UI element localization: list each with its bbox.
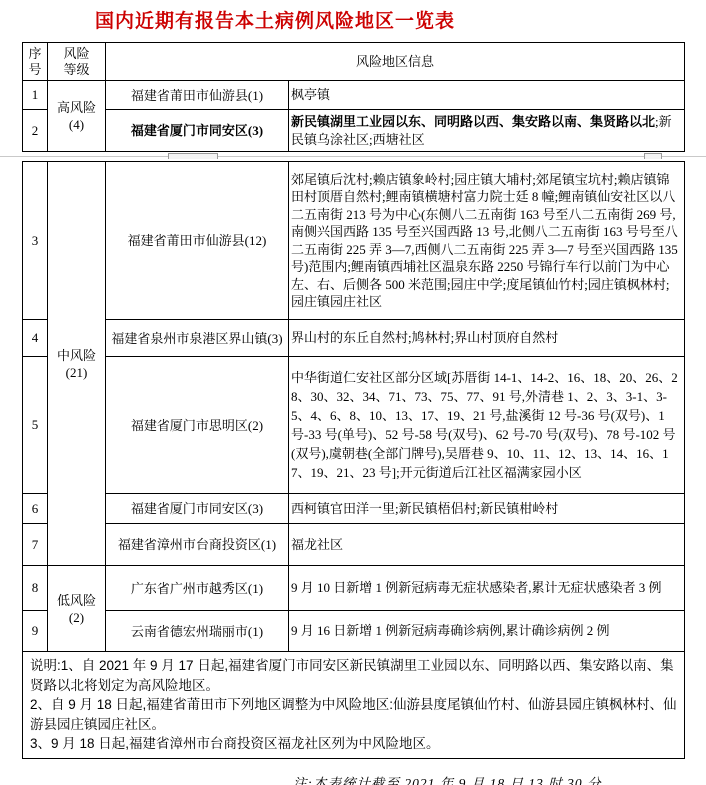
note-line-2: 2、自 9 月 18 日起,福建省莆田市下列地区调整为中风险地区:仙游县度尾镇仙… [30, 695, 677, 734]
row-3-region: 福建省莆田市仙游县(12) [106, 162, 289, 320]
table-header-row: 序 号 风险 等级 风险地区信息 [23, 43, 685, 81]
row-1-serial: 1 [23, 81, 48, 110]
risk-table-bottom: 3 中风险 (21) 福建省莆田市仙游县(12) 郊尾镇后沈村;赖店镇象岭村;园… [22, 161, 685, 759]
page-title: 国内近期有报告本土病例风险地区一览表 [95, 6, 706, 33]
row-1-detail: 枫亭镇 [289, 81, 685, 110]
row-7-region: 福建省漳州市台商投资区(1) [106, 524, 289, 566]
risk-group-high: 高风险 (4) [48, 81, 106, 152]
row-6-serial: 6 [23, 494, 48, 524]
row-3-detail: 郊尾镇后沈村;赖店镇象岭村;园庄镇大埔村;郊尾镇宝坑村;赖店镇锦田村顶厝自然村;… [289, 162, 685, 320]
risk-group-low: 低风险 (2) [48, 566, 106, 652]
notes-cell: 说明:1、自 2021 年 9 月 17 日起,福建省厦门市同安区新民镇湖里工业… [23, 652, 685, 759]
row-4-region: 福建省泉州市泉港区界山镇(3) [106, 320, 289, 357]
table-row: 4 福建省泉州市泉港区界山镇(3) 界山村的东丘自然村;鸠林村;界山村顶府自然村 [23, 320, 685, 357]
risk-table-top: 序 号 风险 等级 风险地区信息 1 高风险 (4) 福建省莆田市仙游县(1) … [22, 42, 685, 152]
row-1-region: 福建省莆田市仙游县(1) [106, 81, 289, 110]
row-7-detail: 福龙社区 [289, 524, 685, 566]
row-9-detail: 9 月 16 日新增 1 例新冠病毒确诊病例,累计确诊病例 2 例 [289, 611, 685, 652]
row-2-region: 福建省厦门市同安区(3) [106, 110, 289, 152]
row-9-serial: 9 [23, 611, 48, 652]
table-row: 7 福建省漳州市台商投资区(1) 福龙社区 [23, 524, 685, 566]
row-5-detail: 中华街道仁安社区部分区域[苏厝街 14-1、14-2、16、18、20、26、2… [289, 357, 685, 494]
row-3-serial: 3 [23, 162, 48, 320]
note-line-1: 说明:1、自 2021 年 9 月 17 日起,福建省厦门市同安区新民镇湖里工业… [30, 656, 677, 695]
table-resize-handle [644, 153, 662, 159]
col-header-serial: 序 号 [23, 43, 48, 81]
row-8-serial: 8 [23, 566, 48, 611]
table-row: 9 云南省德宏州瑞丽市(1) 9 月 16 日新增 1 例新冠病毒确诊病例,累计… [23, 611, 685, 652]
risk-group-medium: 中风险 (21) [48, 162, 106, 566]
stats-cutoff-note: 注:本表统计截至 2021 年 9 月 18 日 13 时 30 分 [293, 772, 706, 785]
table-row: 3 中风险 (21) 福建省莆田市仙游县(12) 郊尾镇后沈村;赖店镇象岭村;园… [23, 162, 685, 320]
row-5-serial: 5 [23, 357, 48, 494]
col-header-risk-level: 风险 等级 [48, 43, 106, 81]
row-2-serial: 2 [23, 110, 48, 152]
row-6-region: 福建省厦门市同安区(3) [106, 494, 289, 524]
document-page: 国内近期有报告本土病例风险地区一览表 序 号 风险 等级 风险地区信息 1 高风… [0, 6, 706, 785]
page-break-line [0, 156, 706, 157]
row-6-detail: 西柯镇官田洋一里;新民镇梧侣村;新民镇柑岭村 [289, 494, 685, 524]
row-2-detail-bold: 新民镇湖里工业园以东、同明路以西、集安路以南、集贤路以北 [291, 114, 655, 129]
row-8-detail: 9 月 10 日新增 1 例新冠病毒无症状感染者,累计无症状感染者 3 例 [289, 566, 685, 611]
table-row: 6 福建省厦门市同安区(3) 西柯镇官田洋一里;新民镇梧侣村;新民镇柑岭村 [23, 494, 685, 524]
row-5-region: 福建省厦门市思明区(2) [106, 357, 289, 494]
row-2-detail: 新民镇湖里工业园以东、同明路以西、集安路以南、集贤路以北;新民镇乌涂社区;西塘社… [289, 110, 685, 152]
notes-row: 说明:1、自 2021 年 9 月 17 日起,福建省厦门市同安区新民镇湖里工业… [23, 652, 685, 759]
row-9-region: 云南省德宏州瑞丽市(1) [106, 611, 289, 652]
table-split-gap [0, 152, 706, 161]
row-4-detail: 界山村的东丘自然村;鸠林村;界山村顶府自然村 [289, 320, 685, 357]
row-7-serial: 7 [23, 524, 48, 566]
table-resize-handle [168, 153, 218, 159]
note-line-3: 3、9 月 18 日起,福建省漳州市台商投资区福龙社区列为中风险地区。 [30, 734, 677, 754]
table-row: 1 高风险 (4) 福建省莆田市仙游县(1) 枫亭镇 [23, 81, 685, 110]
col-header-risk-info: 风险地区信息 [106, 43, 685, 81]
row-4-serial: 4 [23, 320, 48, 357]
table-row: 5 福建省厦门市思明区(2) 中华街道仁安社区部分区域[苏厝街 14-1、14-… [23, 357, 685, 494]
table-row: 2 福建省厦门市同安区(3) 新民镇湖里工业园以东、同明路以西、集安路以南、集贤… [23, 110, 685, 152]
row-8-region: 广东省广州市越秀区(1) [106, 566, 289, 611]
table-row: 8 低风险 (2) 广东省广州市越秀区(1) 9 月 10 日新增 1 例新冠病… [23, 566, 685, 611]
